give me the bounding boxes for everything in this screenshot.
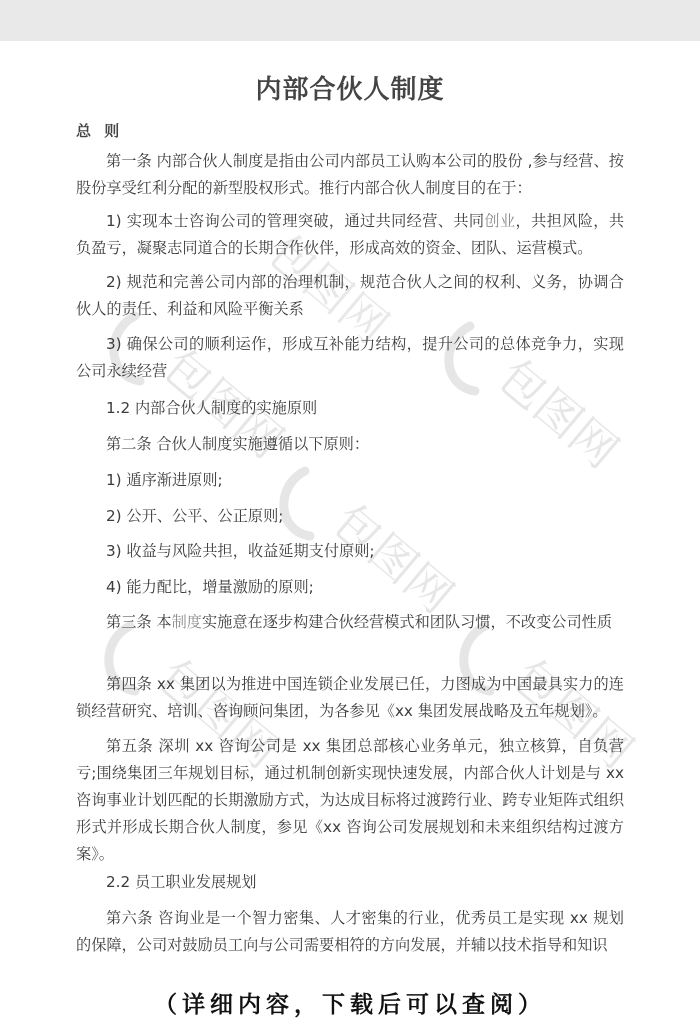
document-page: 包图网 包图网 包图网 包图网 包图网 包图网 内部合伙人制度 总 则 第一条 … [0, 41, 700, 1030]
section-heading: 总 则 [76, 120, 123, 141]
paragraph-purpose-3: 3) 确保公司的顺利运作，形成互补能力结构，提升公司的总体竞争力，实现公司永续经… [76, 331, 624, 385]
text-run: 实施意在逐步构建合伙经营模式和团队习惯，不改变公司性质 [202, 613, 612, 631]
paragraph-article-6: 第六条 咨询业是一个智力密集、人才密集的行业，优秀员工是实现 xx 规划的保障，… [76, 905, 624, 959]
paragraph-purpose-1: 1) 实现本士咨询公司的管理突破，通过共同经营、共同创业，共担风险，共负盈亏，凝… [76, 208, 624, 262]
paragraph-purpose-2: 2) 规范和完善公司内部的治理机制，规范合伙人之间的权利、义务，协调合伙人的责任… [76, 269, 624, 323]
paragraph-article-3: 第三条 本制度实施意在逐步构建合伙经营模式和团队习惯，不改变公司性质 [76, 609, 624, 636]
principle-1: 1) 遁序渐进原则; [76, 467, 624, 494]
subheading-2-2: 2.2 员工职业发展规划 [76, 869, 624, 896]
principle-3: 3) 收益与风险共担，收益延期支付原则; [76, 538, 624, 565]
text-run-light: 创业 [484, 212, 515, 230]
download-notice: （详细内容，下载后可以查阅） [0, 986, 700, 1019]
subheading-1-2: 1.2 内部合伙人制度的实施原则 [76, 395, 624, 422]
paragraph-article-4: 第四条 xx 集团以为推进中国连锁企业发展已任，力图成为中国最具实力的连锁经营研… [76, 671, 624, 725]
text-run: 第三条 本 [106, 613, 172, 631]
principle-4: 4) 能力配比，增量激励的原则; [76, 574, 624, 601]
text-run-light: 制度 [172, 613, 202, 631]
document-title: 内部合伙人制度 [0, 69, 700, 106]
paragraph-article-5: 第五条 深圳 xx 咨询公司是 xx 集团总部核心业务单元，独立核算，自负营亏;… [76, 733, 624, 868]
paragraph-article-2: 第二条 合伙人制度实施遵循以下原则： [76, 431, 624, 458]
paragraph-article-1: 第一条 内部合伙人制度是指由公司内部员工认购本公司的股份 ,参与经营、按股份享受… [76, 148, 624, 202]
top-bar [0, 0, 700, 41]
text-run: 1) 实现本士咨询公司的管理突破，通过共同经营、共同 [106, 212, 484, 230]
principle-2: 2) 公开、公平、公正原则; [76, 503, 624, 530]
